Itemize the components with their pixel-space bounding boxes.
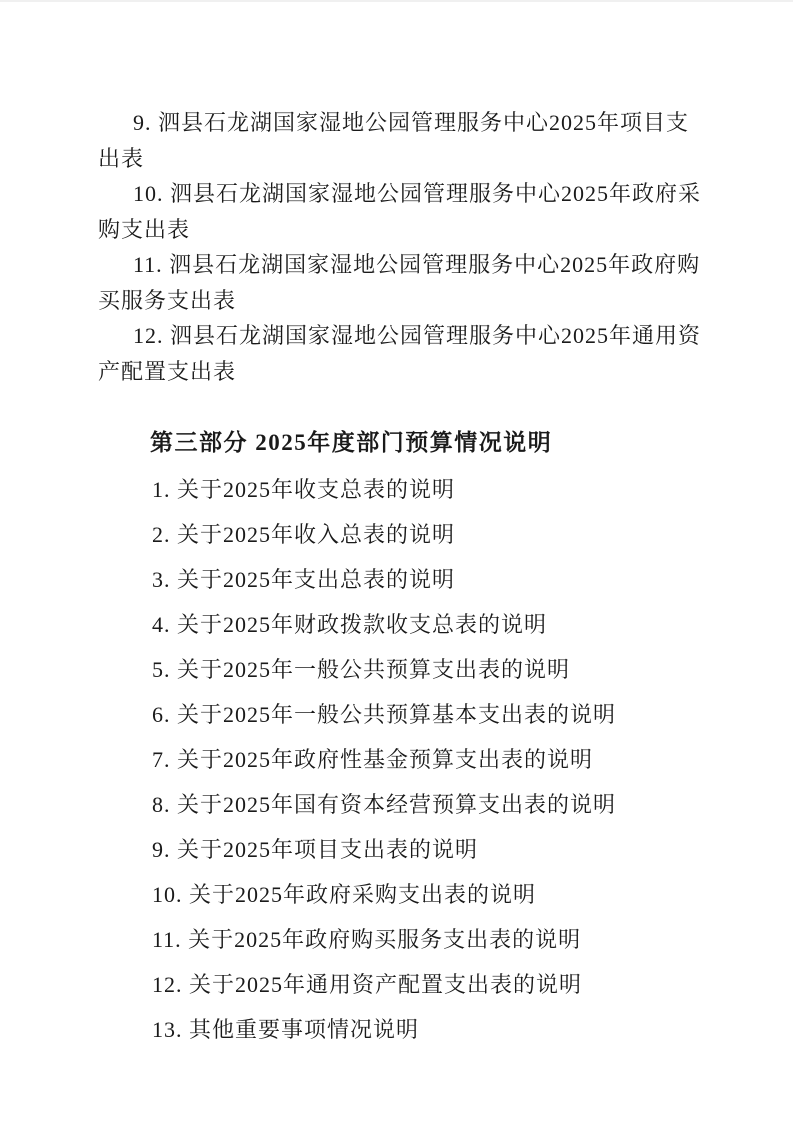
toc-entry: 1. 关于2025年收支总表的说明 bbox=[98, 467, 698, 512]
toc-entry: 5. 关于2025年一般公共预算支出表的说明 bbox=[98, 647, 698, 692]
toc-entry-line: 10. 泗县石龙湖国家湿地公园管理服务中心2025年政府采 bbox=[98, 176, 698, 212]
toc-entry: 2. 关于2025年收入总表的说明 bbox=[98, 512, 698, 557]
toc-entry-line: 购支出表 bbox=[98, 212, 698, 248]
toc-entry: 12. 泗县石龙湖国家湿地公园管理服务中心2025年通用资 产配置支出表 bbox=[98, 318, 698, 389]
toc-entry-line: 9. 泗县石龙湖国家湿地公园管理服务中心2025年项目支 bbox=[98, 105, 698, 141]
toc-entry: 11. 关于2025年政府购买服务支出表的说明 bbox=[98, 917, 698, 962]
toc-entry-line: 出表 bbox=[98, 141, 698, 177]
document-body: 9. 泗县石龙湖国家湿地公园管理服务中心2025年项目支 出表 10. 泗县石龙… bbox=[98, 105, 698, 1052]
toc-entry-line: 买服务支出表 bbox=[98, 283, 698, 319]
toc-entry: 7. 关于2025年政府性基金预算支出表的说明 bbox=[98, 737, 698, 782]
toc-entry: 4. 关于2025年财政拨款收支总表的说明 bbox=[98, 602, 698, 647]
toc-entry: 9. 泗县石龙湖国家湿地公园管理服务中心2025年项目支 出表 bbox=[98, 105, 698, 176]
toc-entry: 10. 泗县石龙湖国家湿地公园管理服务中心2025年政府采 购支出表 bbox=[98, 176, 698, 247]
section-heading: 第三部分 2025年度部门预算情况说明 bbox=[150, 425, 698, 461]
toc-entry: 6. 关于2025年一般公共预算基本支出表的说明 bbox=[98, 692, 698, 737]
document-page: 9. 泗县石龙湖国家湿地公园管理服务中心2025年项目支 出表 10. 泗县石龙… bbox=[0, 0, 793, 1122]
toc-entry-line: 12. 泗县石龙湖国家湿地公园管理服务中心2025年通用资 bbox=[98, 318, 698, 354]
toc-entry: 13. 其他重要事项情况说明 bbox=[98, 1007, 698, 1052]
toc-entry: 3. 关于2025年支出总表的说明 bbox=[98, 557, 698, 602]
toc-entry: 11. 泗县石龙湖国家湿地公园管理服务中心2025年政府购 买服务支出表 bbox=[98, 247, 698, 318]
toc-entry: 8. 关于2025年国有资本经营预算支出表的说明 bbox=[98, 782, 698, 827]
toc-entry: 9. 关于2025年项目支出表的说明 bbox=[98, 827, 698, 872]
toc-section-attachments: 9. 泗县石龙湖国家湿地公园管理服务中心2025年项目支 出表 10. 泗县石龙… bbox=[98, 105, 698, 389]
toc-entry: 10. 关于2025年政府采购支出表的说明 bbox=[98, 872, 698, 917]
toc-entry-line: 11. 泗县石龙湖国家湿地公园管理服务中心2025年政府购 bbox=[98, 247, 698, 283]
page-top-edge bbox=[0, 0, 793, 2]
toc-entry-line: 产配置支出表 bbox=[98, 354, 698, 390]
toc-entry: 12. 关于2025年通用资产配置支出表的说明 bbox=[98, 962, 698, 1007]
toc-section-explanations: 1. 关于2025年收支总表的说明 2. 关于2025年收入总表的说明 3. 关… bbox=[98, 467, 698, 1052]
